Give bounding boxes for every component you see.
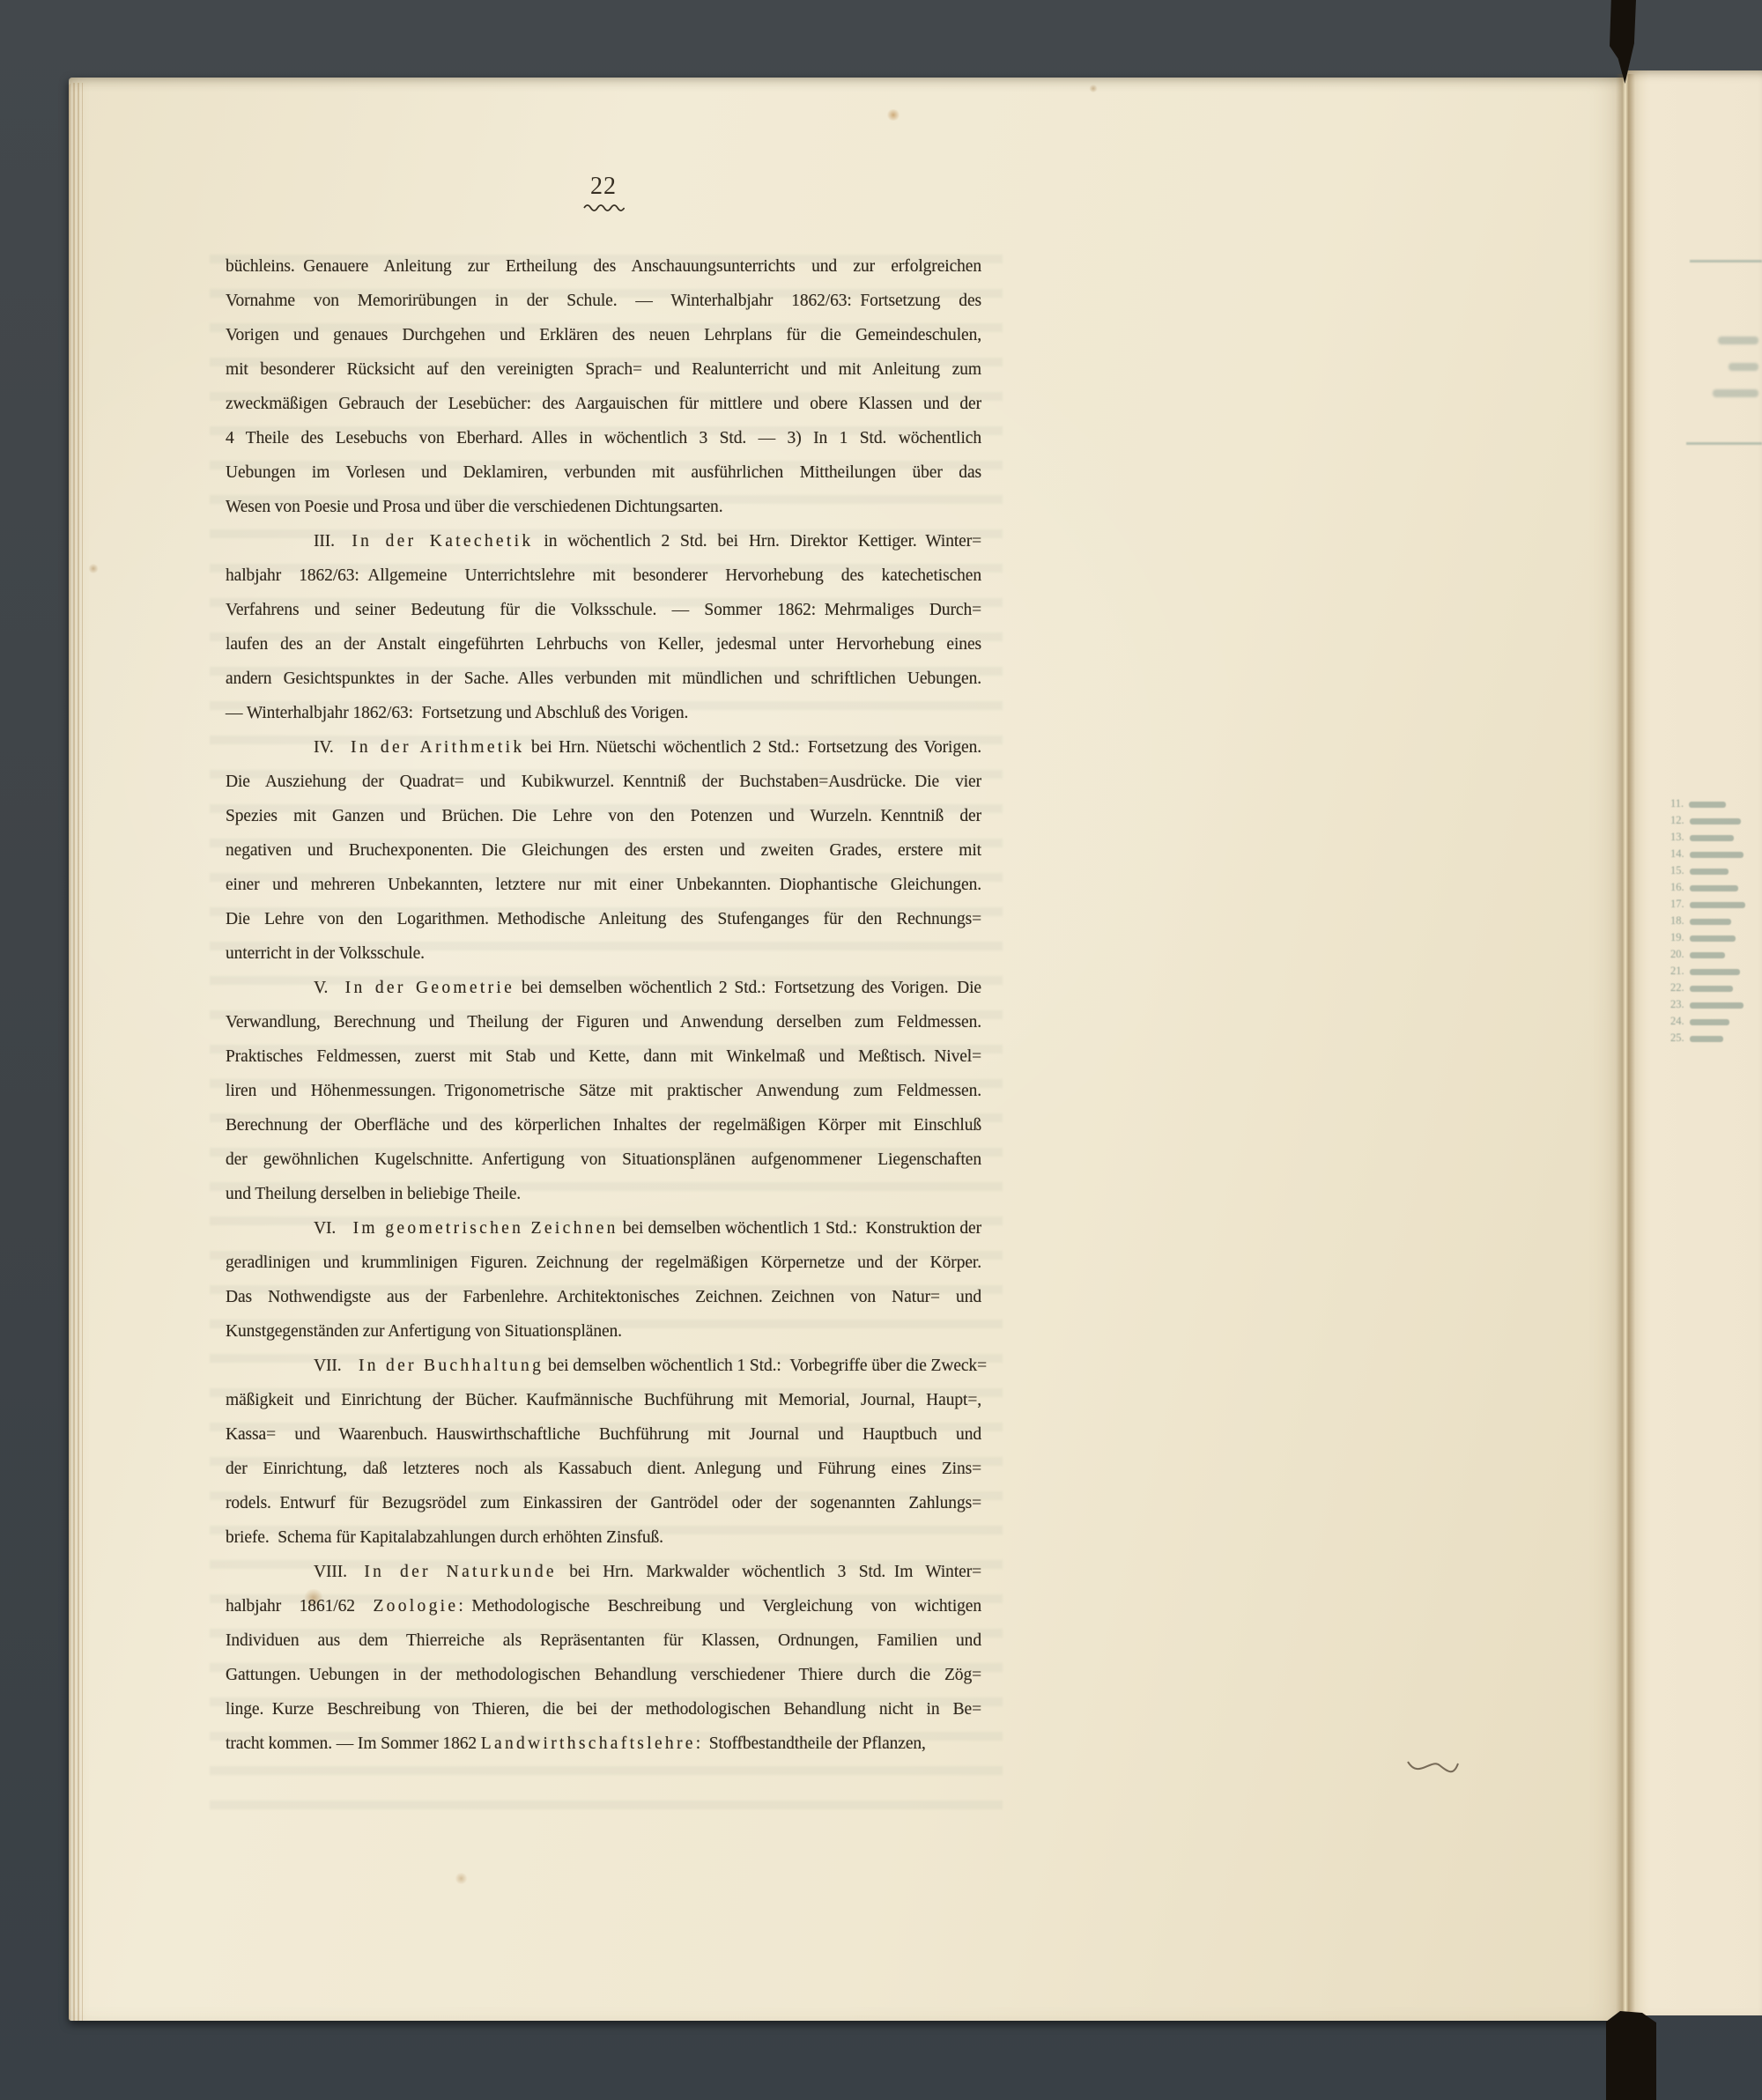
text-line: III. In der Katechetik in wöchentlich 2 … (226, 524, 981, 558)
text-line: Berechnung der Oberfläche und des körper… (226, 1108, 981, 1142)
text-line: halbjahr 1862/63: Allgemeine Unterrichts… (226, 558, 981, 593)
show-through-word-smudge (1690, 835, 1734, 841)
paragraph: VIII. In der Naturkunde bei Hrn. Markwal… (226, 1555, 981, 1761)
paragraph: V. In der Geometrie bei demselben wöchen… (226, 971, 981, 1211)
text-line: der Einrichtung, daß letzteres noch als … (226, 1452, 981, 1486)
show-through-word-smudge (1690, 852, 1743, 858)
show-through-list-item: 17. (1670, 896, 1762, 913)
text-line: VI. Im geometrischen Zeichnen bei demsel… (226, 1211, 981, 1246)
text-line: einer und mehreren Unbekannten, letztere… (226, 868, 981, 902)
bookmark-ribbon-bottom-icon (1606, 2011, 1656, 2100)
foxing-spot (455, 1873, 468, 1884)
show-through-list-item: 16. (1670, 879, 1762, 896)
show-through-list-item: 12. (1670, 812, 1762, 829)
show-through-rule (1690, 260, 1762, 262)
show-through-word-smudge (1690, 902, 1745, 908)
paragraph: III. In der Katechetik in wöchentlich 2 … (226, 524, 981, 730)
text-line: Die Ausziehung der Quadrat= und Kubikwur… (226, 765, 981, 799)
page-number-underline (582, 203, 625, 211)
paragraph: VI. Im geometrischen Zeichnen bei demsel… (226, 1211, 981, 1349)
text-line: Individuen aus dem Thierreiche als Reprä… (226, 1623, 981, 1658)
text-line: Vorigen und genaues Durchgehen und Erklä… (226, 318, 981, 352)
text-line: tracht kommen. — Im Sommer 1862 Landwirt… (226, 1727, 981, 1761)
text-line: andern Gesichtspunktes in der Sache. All… (226, 662, 981, 696)
text-line: Uebungen im Vorlesen und Deklamiren, ver… (226, 455, 981, 490)
show-through-list-item: 18. (1670, 913, 1762, 929)
show-through-word-smudge (1690, 885, 1738, 891)
text-line: V. In der Geometrie bei demselben wöchen… (226, 971, 981, 1005)
text-line: — Winterhalbjahr 1862/63: Fortsetzung un… (226, 696, 981, 730)
text-line: VIII. In der Naturkunde bei Hrn. Markwal… (226, 1555, 981, 1589)
show-through-list-item: 23. (1670, 996, 1762, 1013)
text-line: Spezies mit Ganzen und Brüchen. Die Lehr… (226, 799, 981, 833)
show-through-list-item: 19. (1670, 929, 1762, 946)
ink-mark (1406, 1756, 1461, 1779)
text-line: der gewöhnlichen Kugelschnitte. Anfertig… (226, 1142, 981, 1177)
text-line: 4 Theile des Lesebuchs von Eberhard. All… (226, 421, 981, 455)
show-through-word-smudge (1690, 969, 1740, 975)
text-line: linge. Kurze Beschreibung von Thieren, d… (226, 1692, 981, 1727)
text-line: geradlinigen und krummlinigen Figuren. Z… (226, 1246, 981, 1280)
show-through-word-smudge (1690, 1002, 1743, 1009)
text-line: liren und Höhenmessungen. Trigonometrisc… (226, 1074, 981, 1108)
text-line: büchleins. Genauere Anleitung zur Erthei… (226, 249, 981, 284)
show-through-list-item: 14. (1670, 846, 1762, 862)
show-through-word-smudge (1690, 1019, 1729, 1025)
show-through-list-item: 11. (1670, 795, 1762, 812)
show-through-list-item: 22. (1670, 980, 1762, 996)
paragraph: IV. In der Arithmetik bei Hrn. Nüetschi … (226, 730, 981, 971)
show-through-list-item: 15. (1670, 862, 1762, 879)
text-line: VII. In der Buchhaltung bei demselben wö… (226, 1349, 981, 1383)
paragraph: VII. In der Buchhaltung bei demselben wö… (226, 1349, 981, 1555)
body-text: büchleins. Genauere Anleitung zur Erthei… (226, 249, 981, 1761)
text-line: zweckmäßigen Gebrauch der Lesebücher: de… (226, 387, 981, 421)
show-through-list-item: 25. (1670, 1030, 1762, 1046)
show-through-word-smudge (1690, 1036, 1723, 1042)
page-number: 22 (226, 174, 981, 200)
text-line: rodels. Entwurf für Bezugsrödel zum Eink… (226, 1486, 981, 1520)
show-through-smudge (1718, 336, 1758, 344)
text-line: Wesen von Poesie und Prosa und über die … (226, 490, 981, 524)
text-line: unterricht in der Volksschule. (226, 936, 981, 971)
text-line: Verwandlung, Berechnung und Theilung der… (226, 1005, 981, 1039)
show-through-word-smudge (1689, 802, 1726, 808)
text-line: Das Nothwendigste aus der Farbenlehre. A… (226, 1280, 981, 1314)
foxing-spot (886, 109, 900, 121)
foxing-spot (1089, 85, 1098, 92)
book-gutter-crease (1616, 74, 1635, 2017)
show-through-word-smudge (1690, 986, 1733, 992)
show-through-rule (1686, 442, 1762, 445)
text-line: und Theilung derselben in beliebige Thei… (226, 1177, 981, 1211)
show-through-list-item: 13. (1670, 829, 1762, 846)
text-line: Vornahme von Memorirübungen in der Schul… (226, 284, 981, 318)
text-line: briefe. Schema für Kapitalabzahlungen du… (226, 1520, 981, 1555)
show-through-word-smudge (1690, 919, 1731, 925)
show-through-list-item: 20. (1670, 946, 1762, 963)
text-line: Die Lehre von den Logarithmen. Methodisc… (226, 902, 981, 936)
foxing-spot (88, 564, 99, 573)
text-line: halbjahr 1861/62 Zoologie: Methodologisc… (226, 1589, 981, 1623)
text-line: mit besonderer Rücksicht auf den vereini… (226, 352, 981, 387)
text-line: Kassa= und Waarenbuch. Hauswirthschaftli… (226, 1417, 981, 1452)
text-line: laufen des an der Anstalt eingeführten L… (226, 627, 981, 662)
text-line: Gattungen. Uebungen in der methodologisc… (226, 1658, 981, 1692)
show-through-word-smudge (1690, 952, 1725, 958)
show-through-word-smudge (1690, 935, 1736, 942)
text-line: IV. In der Arithmetik bei Hrn. Nüetschi … (226, 730, 981, 765)
page-header: 22 (226, 174, 981, 216)
text-line: Praktisches Feldmessen, zuerst mit Stab … (226, 1039, 981, 1074)
show-through-list-item: 21. (1670, 963, 1762, 980)
text-line: Kunstgegenständen zur Anfertigung von Si… (226, 1314, 981, 1349)
text-line: negativen und Bruchexponenten. Die Gleic… (226, 833, 981, 868)
show-through-smudge (1729, 363, 1758, 371)
paragraph: büchleins. Genauere Anleitung zur Erthei… (226, 249, 981, 524)
text-line: mäßigkeit und Einrichtung der Bücher. Ka… (226, 1383, 981, 1417)
text-line: Verfahrens und seiner Bedeutung für die … (226, 593, 981, 627)
show-through-list: 11.12.13.14.15.16.17.18.19.20.21.22.23.2… (1670, 795, 1762, 1046)
show-through-word-smudge (1690, 869, 1729, 875)
show-through-word-smudge (1690, 818, 1741, 824)
show-through-list-item: 24. (1670, 1013, 1762, 1030)
scanned-book-spread: 22 büchleins. Genauere Anleitung zur Ert… (0, 0, 1762, 2100)
show-through-smudge (1713, 389, 1758, 397)
